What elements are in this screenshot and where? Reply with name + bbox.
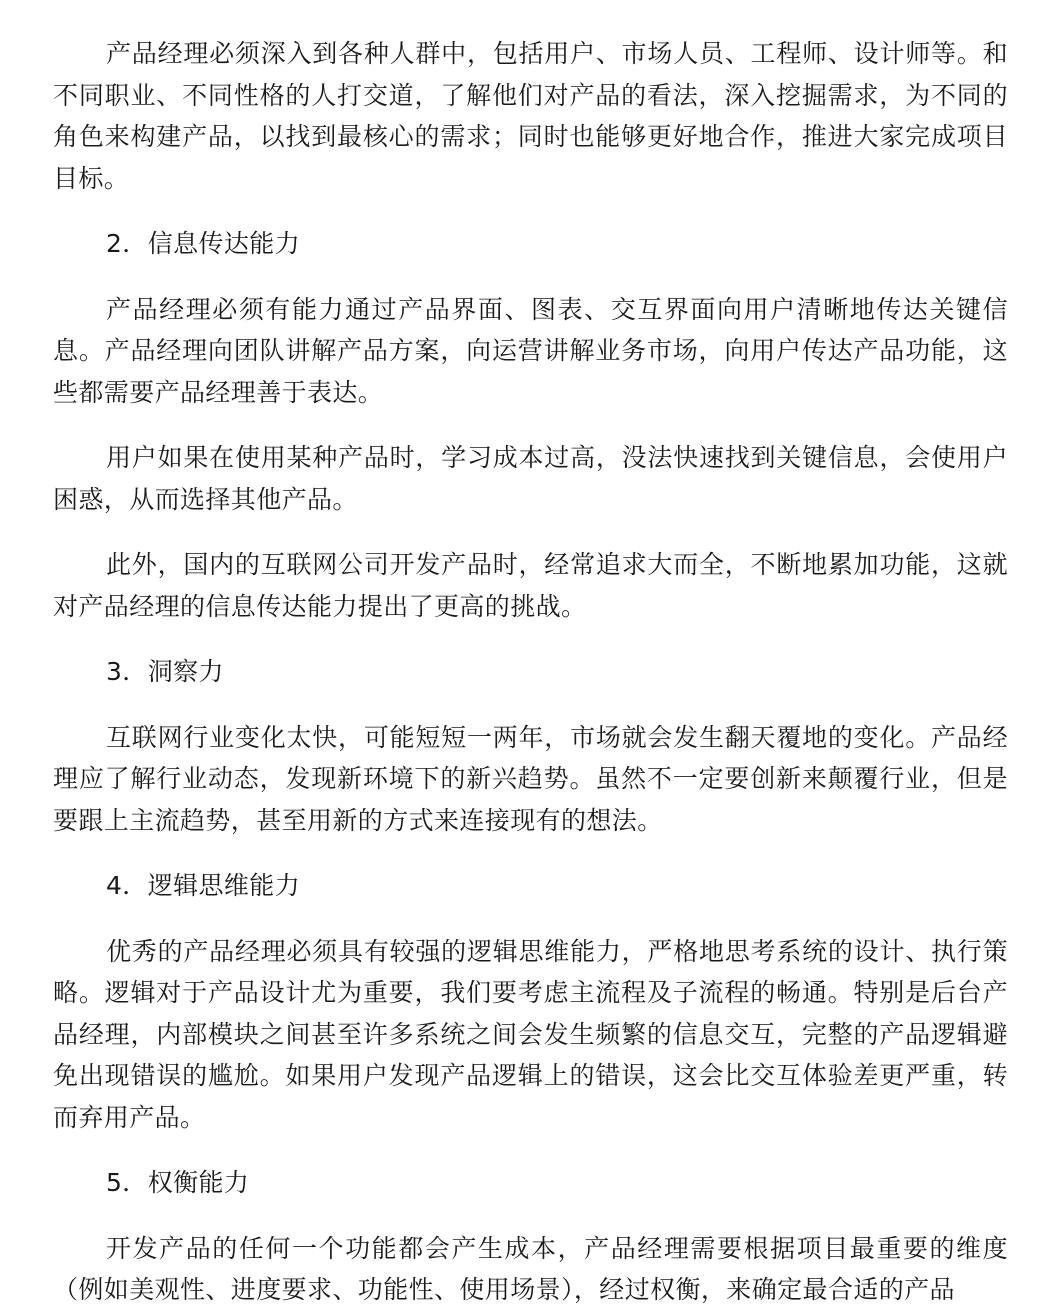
paragraph-communication-intro: 产品经理必须有能力通过产品界面、图表、交互界面向用户清晰地传达关键信息。产品经理… xyxy=(53,289,1008,414)
paragraph-logic: 优秀的产品经理必须具有较强的逻辑思维能力，严格地思考系统的设计、执行策略。逻辑对… xyxy=(53,931,1008,1139)
paragraph-collaboration: 产品经理必须深入到各种人群中，包括用户、市场人员、工程师、设计师等。和不同职业、… xyxy=(53,33,1008,199)
paragraph-insight: 互联网行业变化太快，可能短短一两年，市场就会发生翻天覆地的变化。产品经理应了解行… xyxy=(53,717,1008,842)
section-heading-logic: 4．逻辑思维能力 xyxy=(53,865,1008,907)
section-heading-communication: 2．信息传达能力 xyxy=(53,223,1008,265)
paragraph-feature-bloat: 此外，国内的互联网公司开发产品时，经常追求大而全，不断地累加功能，这就对产品经理… xyxy=(53,544,1008,627)
section-heading-insight: 3．洞察力 xyxy=(53,651,1008,693)
paragraph-user-confusion: 用户如果在使用某种产品时，学习成本过高，没法快速找到关键信息，会使用户困惑，从而… xyxy=(53,437,1008,520)
section-heading-tradeoff: 5．权衡能力 xyxy=(53,1162,1008,1204)
paragraph-tradeoff: 开发产品的任何一个功能都会产生成本，产品经理需要根据项目最重要的维度（例如美观性… xyxy=(53,1228,1008,1311)
document-page: 产品经理必须深入到各种人群中，包括用户、市场人员、工程师、设计师等。和不同职业、… xyxy=(0,0,1052,1311)
